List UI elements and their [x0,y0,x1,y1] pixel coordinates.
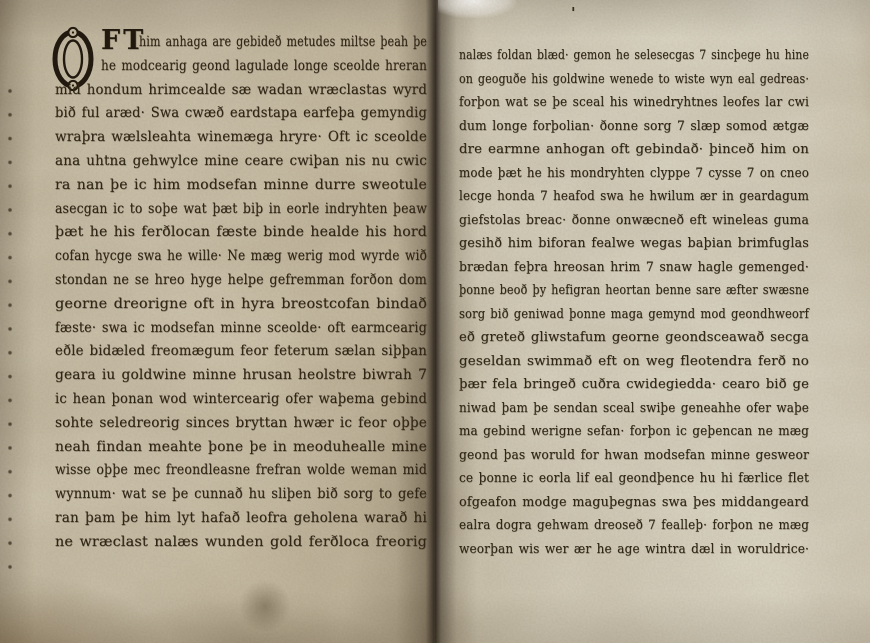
manuscript-line: fæste· swa ic modsefan minne sceolde· of… [55,317,427,341]
page-fold-highlight [438,0,516,18]
manuscript-line-text: on geoguðe his goldwine wenede to wiste … [459,68,809,92]
manuscript-line: ana uhtna gehwylce mine ceare cwiþan nis… [55,150,427,174]
manuscript-line-text: wynnum· wat se þe cunnað hu sliþen bið s… [55,483,427,507]
manuscript-line-text: mode þæt he his mondryhten clyppe 7 cyss… [459,162,809,186]
manuscript-line-text: ealra dogra gehwam dreoseð 7 fealleþ· fo… [459,514,809,538]
manuscript-line: geseldan swimmað eft on weg fleotendra f… [459,350,809,374]
manuscript-line: wisse oþþe mec freondleasne frefran wold… [55,459,427,483]
manuscript-line-text: geara iu goldwine minne hrusan heolstre … [55,364,427,388]
manuscript-line: neah findan meahte þone þe in meoduheall… [55,436,427,460]
manuscript-line-text: ne wræclast nalæs wunden gold ferðloca f… [55,531,427,555]
manuscript-line-text: asecgan ic to soþe wat þæt biþ in eorle … [55,198,427,222]
manuscript-line: þær fela bringeð cuðra cwidegiedda· cear… [459,373,809,397]
manuscript-line-text: geseldan swimmað eft on weg fleotendra f… [459,350,809,374]
manuscript-line-text: nalæs foldan blæd· gemon he selesecgas 7… [459,44,809,68]
manuscript-line-text: ofgeafon modge maguþegnas swa þes middan… [459,491,809,515]
manuscript-line-text: he modcearig geond lagulade longe sceold… [101,55,427,79]
manuscript-line: wynnum· wat se þe cunnað hu sliþen bið s… [55,483,427,507]
manuscript-line-text: giefstolas breac· ðonne onwæcneð eft win… [459,209,809,233]
manuscript-line: ran þam þe him lyt hafað leofra geholena… [55,507,427,531]
manuscript-line-text: ra nan þe ic him modsefan minne durre sw… [55,174,427,198]
manuscript-line: eðle bidæled freomægum feor feterum sæla… [55,340,427,364]
manuscript-line: ma gebind werigne sefan· forþon ic geþen… [459,420,809,444]
manuscript-line: þæt he his ferðlocan fæste binde healde … [55,221,427,245]
manuscript-line-text: dre earmne anhogan oft gebindað· þinceð … [459,138,809,162]
manuscript-line-text: sohte seledreorig sinces bryttan hwær ic… [55,412,427,436]
manuscript-line: ra nan þe ic him modsefan minne durre sw… [55,174,427,198]
manuscript-line: mode þæt he his mondryhten clyppe 7 cyss… [459,162,809,186]
manuscript-line: niwad þam þe sendan sceal swiþe geneahhe… [459,397,809,421]
manuscript-line-text: sorg bið geniwad þonne maga gemynd mod g… [459,303,809,327]
manuscript-line: brædan feþra hreosan hrim 7 snaw hagle g… [459,256,809,280]
manuscript-line-text: weorþan wis wer ær he age wintra dæl in … [459,538,809,562]
manuscript-line: geond þas woruld for hwan modsefan minne… [459,444,809,468]
manuscript-photo: ' FT him anhaga are gebideð metudes milt… [0,0,870,643]
manuscript-line-text: ma gebind werigne sefan· forþon ic geþen… [459,420,809,444]
manuscript-line: nalæs foldan blæd· gemon he selesecgas 7… [459,44,809,68]
manuscript-line: dre earmne anhogan oft gebindað· þinceð … [459,138,809,162]
manuscript-line-text: gesihð him biforan fealwe wegas baþian b… [459,232,809,256]
manuscript-line: mid hondum hrimcealde sæ wadan wræclasta… [55,79,427,103]
manuscript-line: he modcearig geond lagulade longe sceold… [55,55,427,79]
manuscript-line-text: eð greteð gliwstafum georne geondsceawað… [459,326,809,350]
manuscript-line-text: þonne beoð þy hefigran heortan benne sar… [459,279,809,303]
manuscript-line-text: geond þas woruld for hwan modsefan minne… [459,444,809,468]
left-page-text: FT him anhaga are gebideð metudes miltse… [55,31,427,555]
margin-mark: ' [571,4,576,22]
manuscript-line: wraþra wælsleahta winemæga hryre· Oft ic… [55,126,427,150]
right-page-text: nalæs foldan blæd· gemon he selesecgas 7… [459,44,809,561]
manuscript-line: ce þonne ic eorla lif eal geondþence hu … [459,467,809,491]
manuscript-line: þonne beoð þy hefigran heortan benne sar… [459,279,809,303]
pricking-marks [5,84,15,570]
manuscript-line: gesihð him biforan fealwe wegas baþian b… [459,232,809,256]
manuscript-line: ne wræclast nalæs wunden gold ferðloca f… [55,531,427,555]
manuscript-line-text: niwad þam þe sendan sceal swiþe geneahhe… [459,397,809,421]
initial-top-dot [72,31,74,33]
manuscript-line-text: forþon wat se þe sceal his winedryhtnes … [459,91,809,115]
initial-inner-ring [64,41,82,78]
manuscript-line-text: wisse oþþe mec freondleasne frefran wold… [55,459,427,483]
manuscript-line: bið ful aræd· Swa cwæð eardstapa earfeþa… [55,102,427,126]
manuscript-line-text: eðle bidæled freomægum feor feterum sæla… [55,340,427,364]
manuscript-line: geara iu goldwine minne hrusan heolstre … [55,364,427,388]
manuscript-line-text: stondan ne se hreo hyge helpe gefremman … [55,269,427,293]
manuscript-line: eð greteð gliwstafum georne geondsceawað… [459,326,809,350]
manuscript-line: weorþan wis wer ær he age wintra dæl in … [459,538,809,562]
manuscript-line-text: brædan feþra hreosan hrim 7 snaw hagle g… [459,256,809,280]
manuscript-line: georne dreorigne oft in hyra breostcofan… [55,293,427,317]
manuscript-line: giefstolas breac· ðonne onwæcneð eft win… [459,209,809,233]
manuscript-line: cofan hycge swa he wille· Ne mæg werig m… [55,245,427,269]
manuscript-line-text: ran þam þe him lyt hafað leofra geholena… [55,507,427,531]
manuscript-line-text: georne dreorigne oft in hyra breostcofan… [55,293,427,317]
manuscript-line-text: neah findan meahte þone þe in meoduheall… [55,436,427,460]
manuscript-line-text: ic hean þonan wod wintercearig ofer waþe… [55,388,427,412]
manuscript-line: ofgeafon modge maguþegnas swa þes middan… [459,491,809,515]
manuscript-line-text: þæt he his ferðlocan fæste binde healde … [55,221,427,245]
manuscript-line: sorg bið geniwad þonne maga gemynd mod g… [459,303,809,327]
manuscript-line: dum longe forþolian· ðonne sorg 7 slæp s… [459,115,809,139]
manuscript-line-text: cofan hycge swa he wille· Ne mæg werig m… [55,245,427,269]
manuscript-line: forþon wat se þe sceal his winedryhtnes … [459,91,809,115]
manuscript-line: asecgan ic to soþe wat þæt biþ in eorle … [55,198,427,222]
manuscript-line: sohte seledreorig sinces bryttan hwær ic… [55,412,427,436]
manuscript-line-text: fæste· swa ic modsefan minne sceolde· of… [55,317,427,341]
manuscript-line-text: him anhaga are gebideð metudes miltse þe… [139,31,427,55]
manuscript-line-text: ana uhtna gehwylce mine ceare cwiþan nis… [55,150,427,174]
manuscript-line-text: ce þonne ic eorla lif eal geondþence hu … [459,467,809,491]
manuscript-line-text: lecge honda 7 heafod swa he hwilum ær in… [459,185,809,209]
manuscript-line-text: wraþra wælsleahta winemæga hryre· Oft ic… [55,126,427,150]
manuscript-line: ic hean þonan wod wintercearig ofer waþe… [55,388,427,412]
manuscript-line: ealra dogra gehwam dreoseð 7 fealleþ· fo… [459,514,809,538]
manuscript-line: on geoguðe his goldwine wenede to wiste … [459,68,809,92]
manuscript-line: lecge honda 7 heafod swa he hwilum ær in… [459,185,809,209]
manuscript-line-text: mid hondum hrimcealde sæ wadan wræclasta… [55,79,427,103]
manuscript-line-text: þær fela bringeð cuðra cwidegiedda· cear… [459,373,809,397]
manuscript-line-text: dum longe forþolian· ðonne sorg 7 slæp s… [459,115,809,139]
manuscript-line: stondan ne se hreo hyge helpe gefremman … [55,269,427,293]
manuscript-line-text: bið ful aræd· Swa cwæð eardstapa earfeþa… [55,102,427,126]
